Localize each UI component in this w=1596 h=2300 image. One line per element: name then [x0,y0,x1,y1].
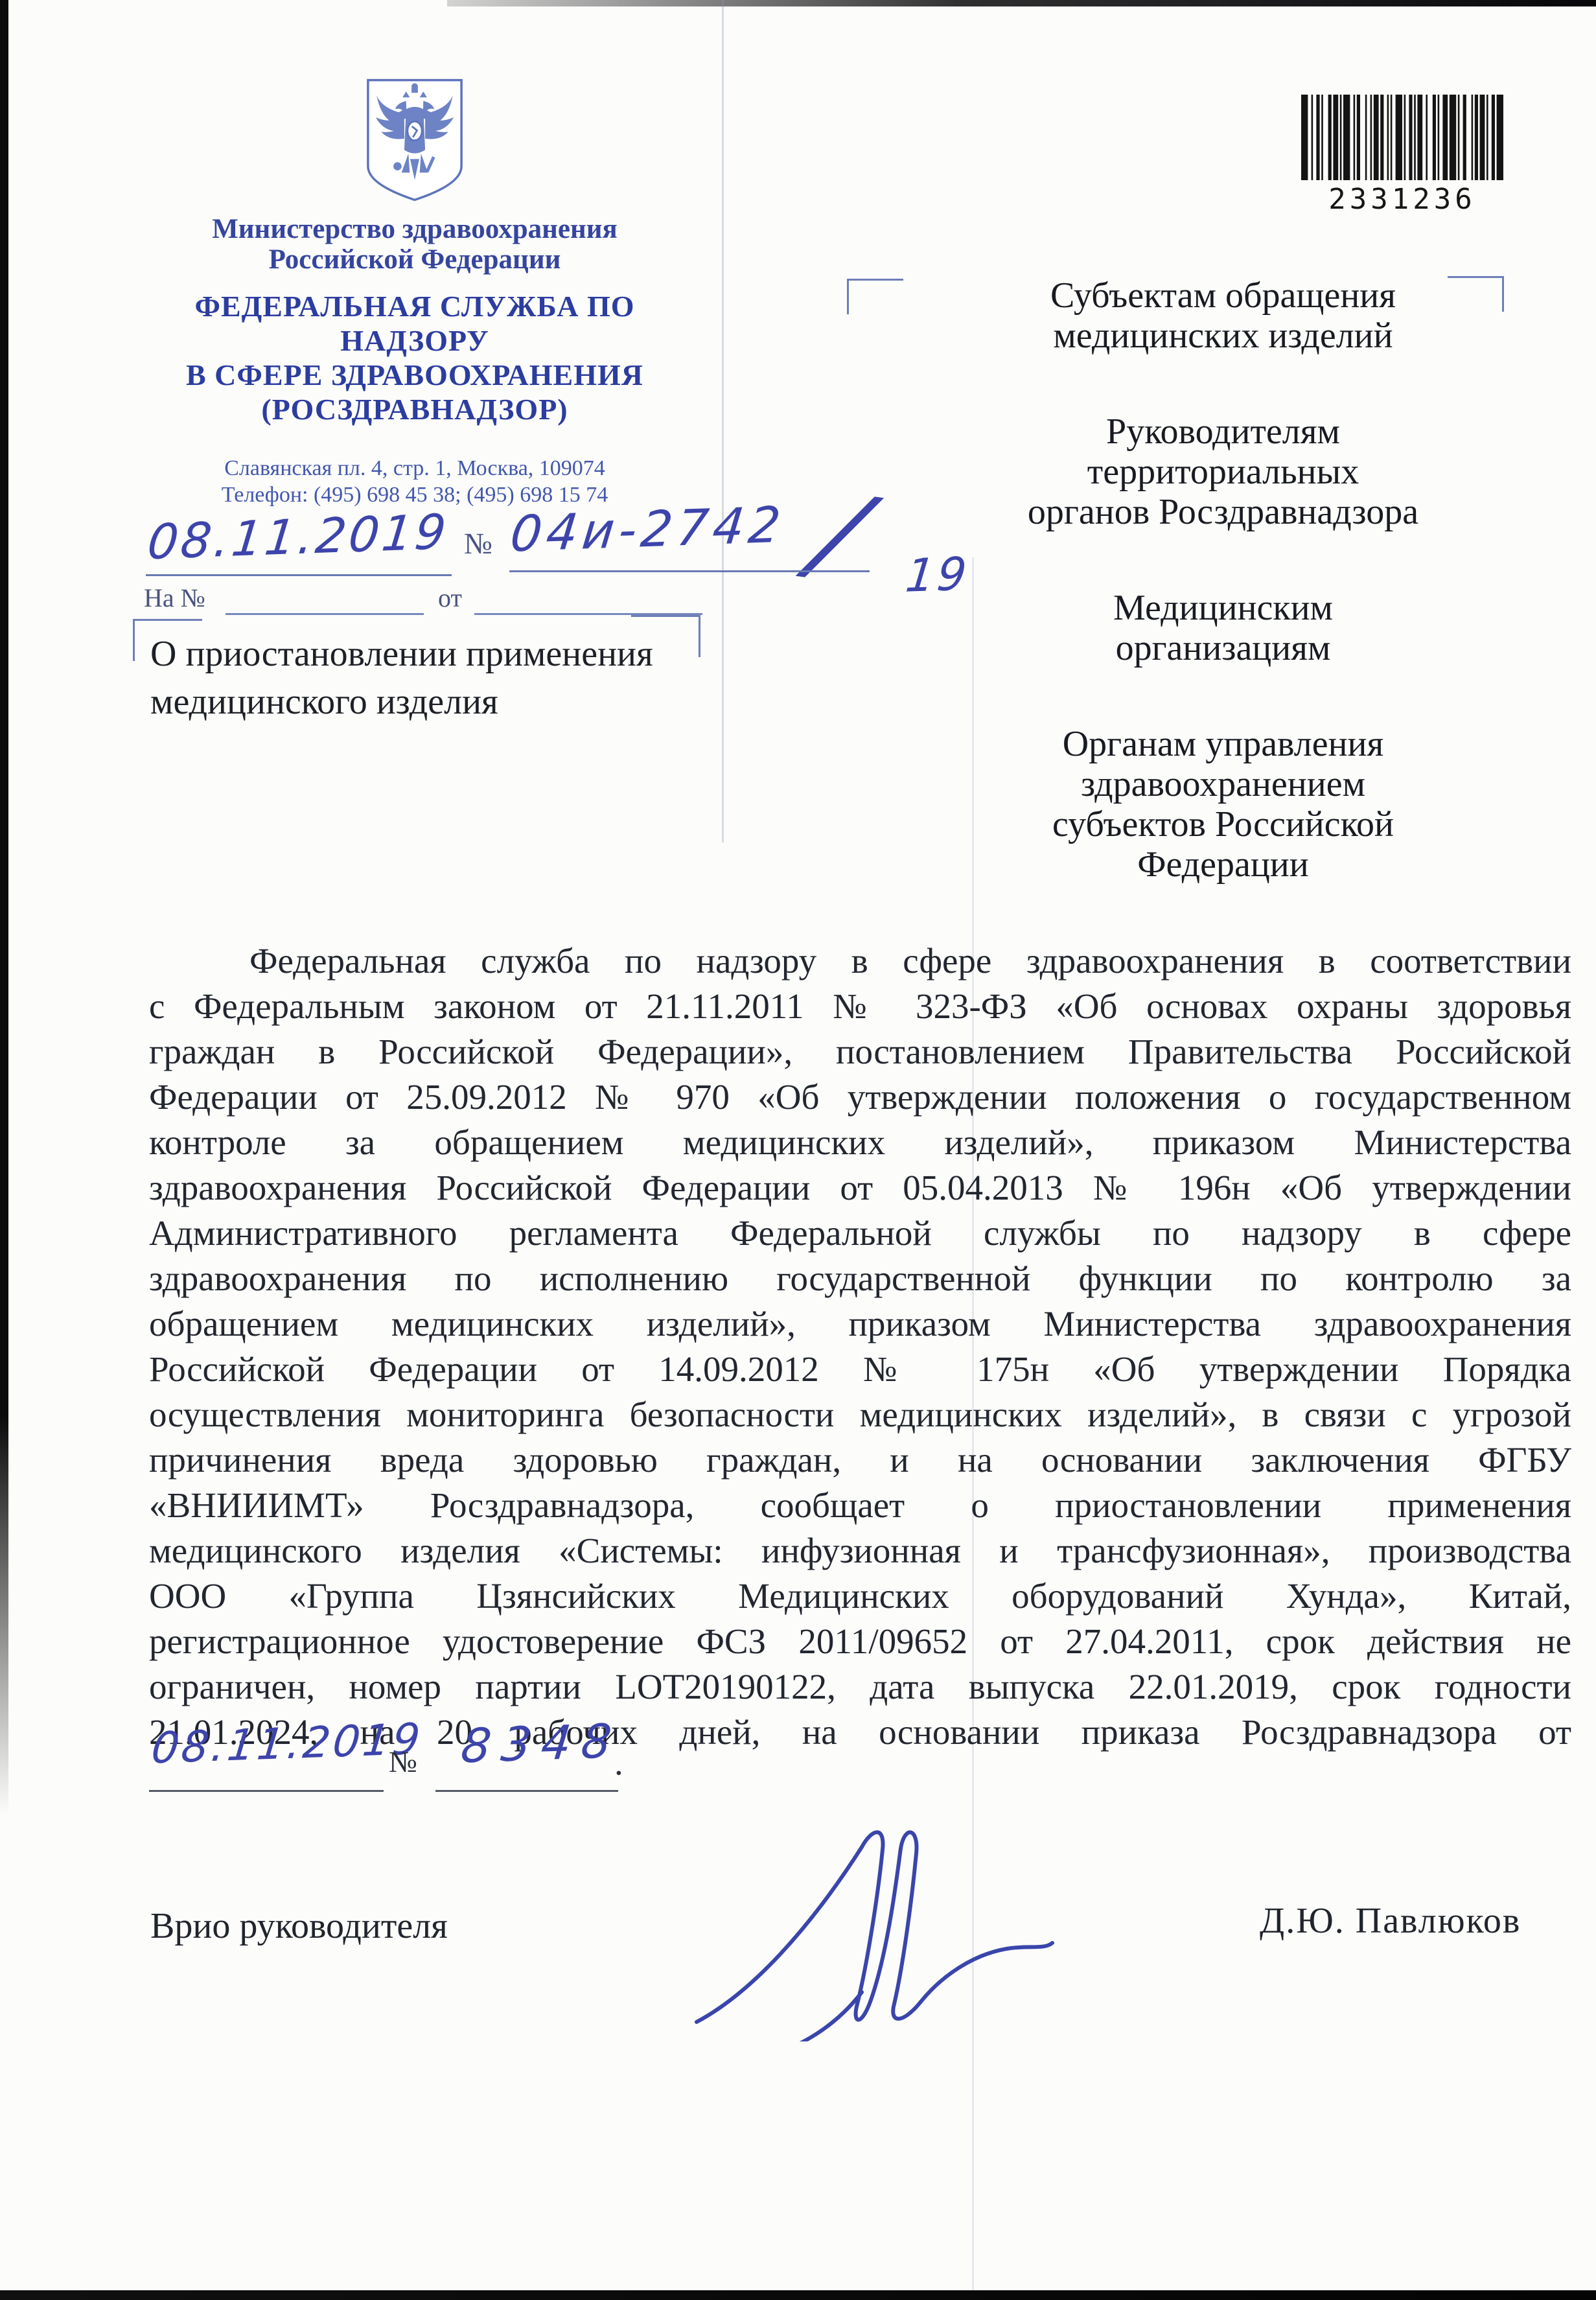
reply-from-label: от [438,583,462,613]
body-line: контроле за обращением медицинских издел… [149,1120,1571,1165]
address-line: Славянская пл. 4, стр. 1, Москва, 109074 [126,455,703,482]
scan-artifact-left-edge [0,0,8,1815]
ministry-line: Российской Федерации [126,244,703,275]
body-line: ограничен, номер партии LOT20190122, дат… [149,1664,1571,1710]
subject-block: О приостановлении применения медицинског… [150,630,708,726]
addressee-line: территориальных [904,452,1542,492]
number-sign-label: № [389,1745,417,1779]
body-text: Федеральная служба по надзору в сфере зд… [149,938,1571,1755]
scan-artifact-fold-line [722,0,724,842]
body-line: здравоохранения Российской Федерации от … [149,1165,1571,1211]
document-page: Министерство здравоохранения Российской … [0,0,1596,2300]
addressee-group: Медицинским организациям [904,588,1542,668]
body-line: граждан в Российской Федерации», постано… [149,1029,1571,1074]
body-line: ООО «Группа Цзянсийских Медицинских обор… [149,1574,1571,1619]
addressee-line: организациям [904,628,1542,668]
addressee-list: Субъектам обращения медицинских изделий … [904,275,1542,940]
coat-of-arms-emblem [360,76,469,203]
corner-mark [847,279,903,314]
body-line: «ВНИИИМТ» Росздравнадзора, сообщает о пр… [149,1483,1571,1528]
service-line: В СФЕРЕ ЗДРАВООХРАНЕНИЯ [126,358,703,392]
body-line: осуществления мониторинга безопасности м… [149,1392,1571,1437]
ministry-line: Министерство здравоохранения [126,214,703,244]
service-line: (РОСЗДРАВНАДЗОР) [126,392,703,426]
scan-artifact-top-edge [447,0,1596,6]
ministry-name: Министерство здравоохранения Российской … [126,214,703,275]
number-sign-label: № [464,526,492,561]
addressee-group: Органам управления здравоохранением субъ… [904,724,1542,885]
handwritten-date: 08.11.2019 [145,504,451,571]
handwritten-outgoing-number: 04и-2742 [507,495,787,563]
addressee-group: Субъектам обращения медицинских изделий [904,275,1542,356]
body-line: обращением медицинских изделий», приказо… [149,1301,1571,1347]
addressee-group: Руководителям территориальных органов Ро… [904,412,1542,532]
reply-to-number-label: На № [144,583,205,613]
subject-line: медицинского изделия [150,678,708,726]
signer-name: Д.Ю. Павлюков [1260,1900,1521,1942]
addressee-line: здравоохранением [904,764,1542,804]
barcode-block: 2331236 [1301,95,1503,216]
date-underline [149,1790,384,1792]
addressee-line: медицинских изделий [904,316,1542,356]
handwritten-slash: / [797,470,883,597]
signature-scribble [648,1795,1102,2041]
blank-underline [226,613,424,615]
contact-block: Славянская пл. 4, стр. 1, Москва, 109074… [126,455,703,508]
subject-line: О приостановлении применения [150,630,708,678]
body-line: причинения вреда здоровью граждан, и на … [149,1437,1571,1483]
body-line: Российской Федерации от 14.09.2012 № 175… [149,1347,1571,1392]
signer-position: Врио руководителя [150,1905,448,1947]
addressee-line: Органам управления [904,724,1542,764]
addressee-line: Руководителям [904,412,1542,452]
body-line: Административного регламента Федеральной… [149,1211,1571,1256]
body-line: с Федеральным законом от 21.11.2011 № 32… [149,984,1571,1029]
addressee-line: субъектов Российской [904,804,1542,844]
body-line: здравоохранения по исполнению государств… [149,1256,1571,1301]
number-underline [509,570,870,572]
addressee-line: Медицинским [904,588,1542,628]
period-mark: . [614,1742,623,1783]
body-line: регистрационное удостоверение ФСЗ 2011/0… [149,1619,1571,1664]
service-name: ФЕДЕРАЛЬНАЯ СЛУЖБА ПО НАДЗОРУ В СФЕРЕ ЗД… [126,289,703,426]
scan-artifact-bottom-edge [0,2290,1596,2300]
handwritten-order-number: 8348 [459,1713,625,1774]
addressee-line: органов Росздравнадзора [904,492,1542,532]
date-underline [146,574,452,576]
addressee-line: Федерации [904,844,1542,885]
letterhead: Министерство здравоохранения Российской … [126,76,703,508]
addressee-line: Субъектам обращения [904,275,1542,316]
barcode [1301,95,1503,180]
service-line: ФЕДЕРАЛЬНАЯ СЛУЖБА ПО НАДЗОРУ [126,289,703,358]
handwritten-year: 19 [903,547,972,603]
body-line: медицинского изделия «Системы: инфузионн… [149,1528,1571,1574]
number-underline [435,1790,618,1792]
handwritten-order-date: 08.11.2019 [149,1714,425,1774]
body-line: Федеральная служба по надзору в сфере зд… [149,938,1571,984]
barcode-number: 2331236 [1301,183,1503,216]
body-line: Федерации от 25.09.2012 № 970 «Об утверж… [149,1074,1571,1120]
